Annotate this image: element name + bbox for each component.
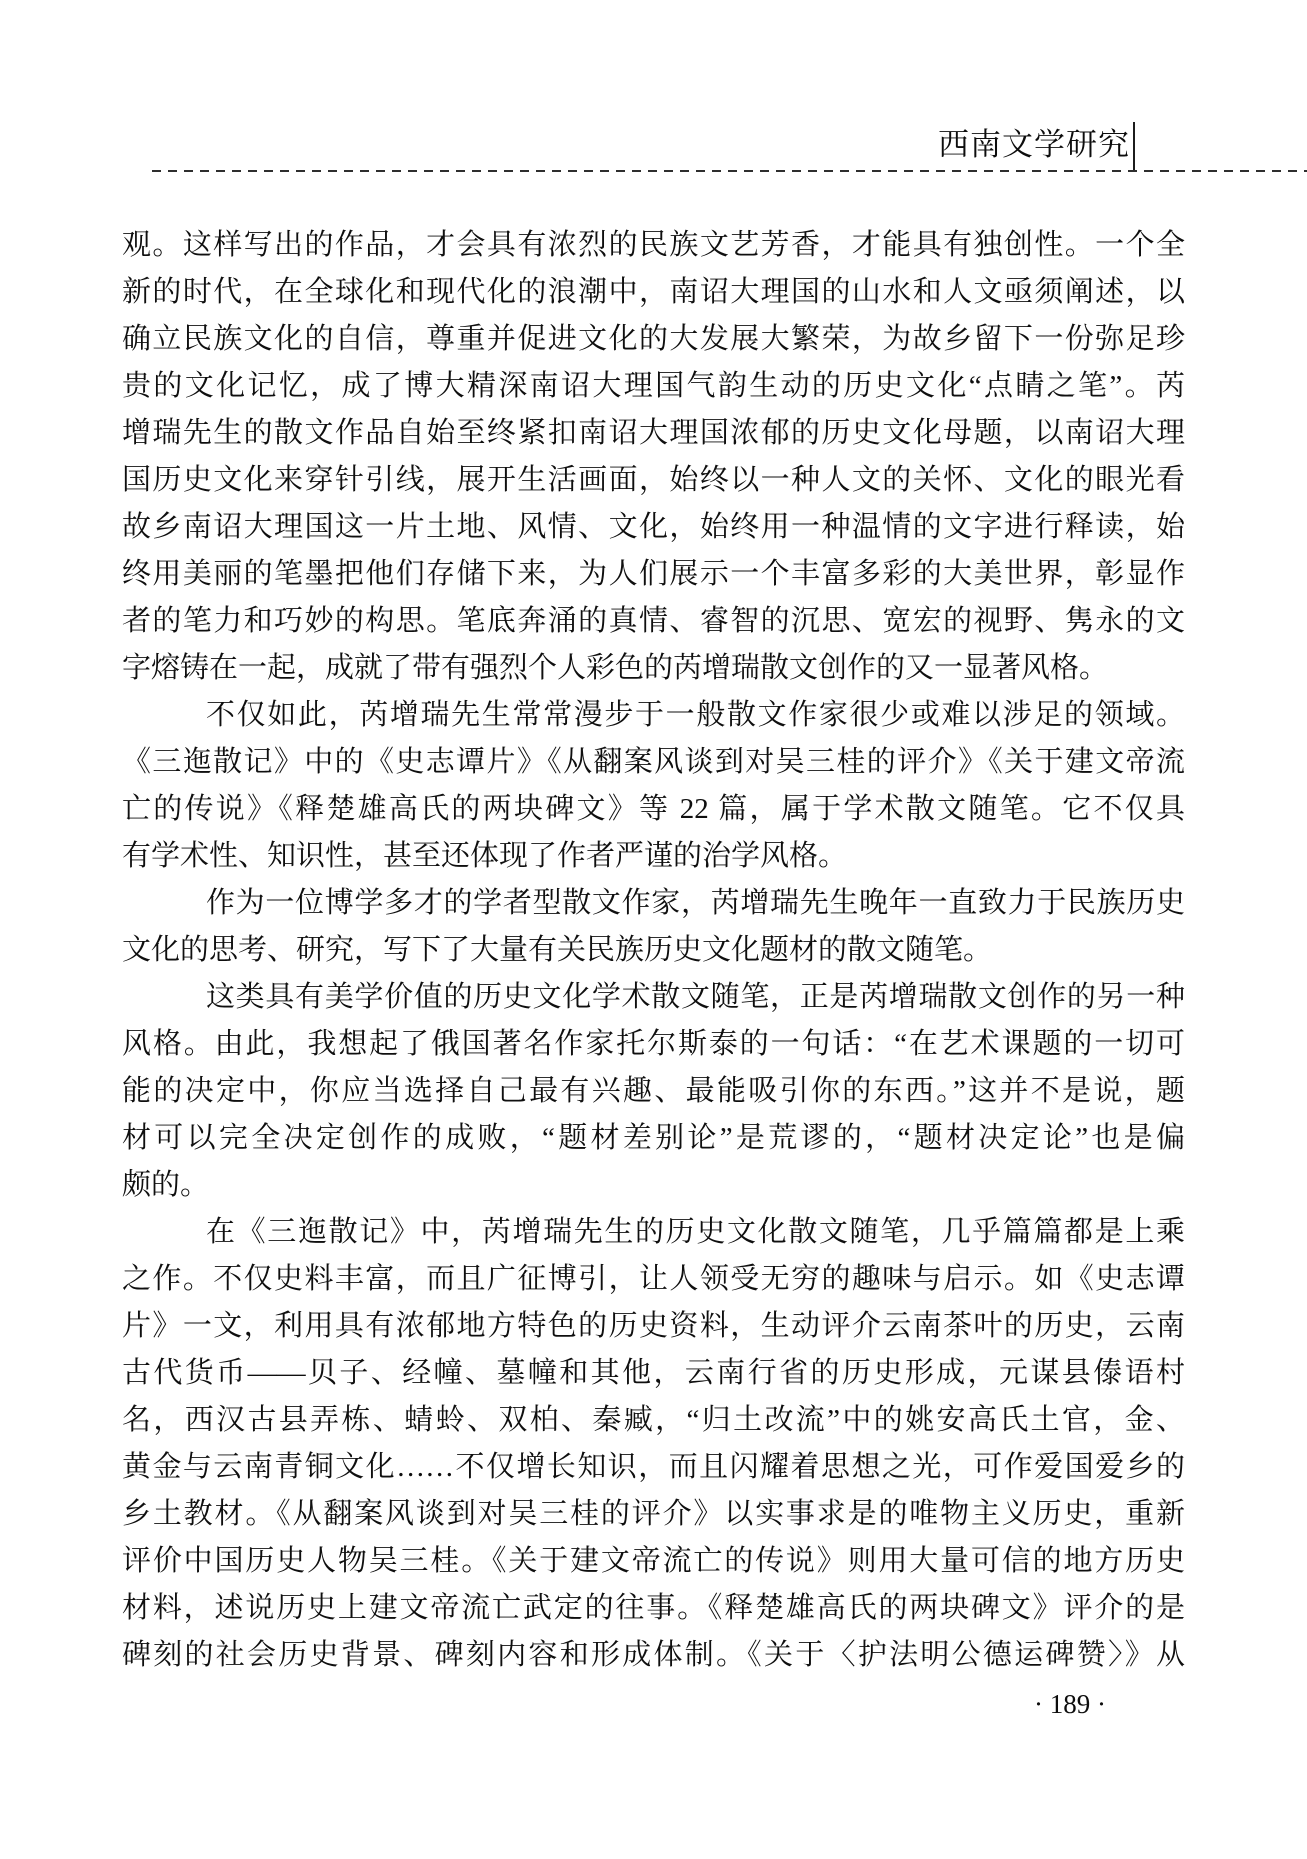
text-line: 字熔铸在一起，成就了带有强烈个人彩色的芮增瑞散文创作的又一显著风格。 — [122, 645, 1185, 692]
paragraph-3: 作为一位博学多才的学者型散文作家，芮增瑞先生晚年一直致力于民族历史 文化的思考、… — [122, 880, 1185, 974]
text-line: 颇的。 — [122, 1162, 1185, 1209]
book-page: 西南文学研究 观。这样写出的作品，才会具有浓烈的民族文艺芳香，才能具有独创性。一… — [0, 0, 1307, 1859]
text-line: 之作。不仅史料丰富，而且广征博引，让人领受无穷的趣味与启示。如《史志谭 — [122, 1256, 1185, 1303]
text-line: 片》一文，利用具有浓郁地方特色的历史资料，生动评介云南茶叶的历史，云南 — [122, 1303, 1185, 1350]
text-line: 新的时代，在全球化和现代化的浪潮中，南诏大理国的山水和人文亟须阐述，以 — [122, 269, 1185, 316]
text-line: 确立民族文化的自信，尊重并促进文化的大发展大繁荣，为故乡留下一份弥足珍 — [122, 316, 1185, 363]
text-line: 评价中国历史人物吴三桂。《关于建文帝流亡的传说》则用大量可信的地方历史 — [122, 1538, 1185, 1585]
paragraph-1: 观。这样写出的作品，才会具有浓烈的民族文艺芳香，才能具有独创性。一个全 新的时代… — [122, 222, 1185, 692]
text-line: 名，西汉古县弄栋、蜻蛉、双柏、秦臧，“归土改流”中的姚安高氏土官，金、 — [122, 1397, 1185, 1444]
body-text: 观。这样写出的作品，才会具有浓烈的民族文艺芳香，才能具有独创性。一个全 新的时代… — [122, 222, 1185, 1679]
paragraph-2: 不仅如此，芮增瑞先生常常漫步于一般散文作家很少或难以涉足的领域。 《三迤散记》中… — [122, 692, 1185, 880]
text-line: 国历史文化来穿针引线，展开生活画面，始终以一种人文的关怀、文化的眼光看 — [122, 457, 1185, 504]
text-line: 风格。由此，我想起了俄国著名作家托尔斯泰的一句话：“在艺术课题的一切可 — [122, 1021, 1185, 1068]
paragraph-5: 在《三迤散记》中，芮增瑞先生的历史文化散文随笔，几乎篇篇都是上乘 之作。不仅史料… — [122, 1209, 1185, 1679]
text-line: 故乡南诏大理国这一片土地、风情、文化，始终用一种温情的文字进行释读，始 — [122, 504, 1185, 551]
text-line: 不仅如此，芮增瑞先生常常漫步于一般散文作家很少或难以涉足的领域。 — [122, 692, 1185, 739]
header-dashed-rule — [152, 170, 1307, 172]
text-line: 贵的文化记忆，成了博大精深南诏大理国气韵生动的历史文化“点睛之笔”。芮 — [122, 363, 1185, 410]
text-line: 《三迤散记》中的《史志谭片》《从翻案风谈到对吴三桂的评介》《关于建文帝流 — [122, 739, 1185, 786]
text-line: 者的笔力和巧妙的构思。笔底奔涌的真情、睿智的沉思、宽宏的视野、隽永的文 — [122, 598, 1185, 645]
text-line: 亡的传说》《释楚雄高氏的两块碑文》等 22 篇，属于学术散文随笔。它不仅具 — [122, 786, 1185, 833]
text-line: 观。这样写出的作品，才会具有浓烈的民族文艺芳香，才能具有独创性。一个全 — [122, 222, 1185, 269]
text-line: 碑刻的社会历史背景、碑刻内容和形成体制。《关于〈护法明公德运碑赞〉》从 — [122, 1632, 1185, 1679]
text-line: 有学术性、知识性，甚至还体现了作者严谨的治学风格。 — [122, 833, 1185, 880]
text-line: 黄金与云南青铜文化……不仅增长知识，而且闪耀着思想之光，可作爱国爱乡的 — [122, 1444, 1185, 1491]
text-line: 在《三迤散记》中，芮增瑞先生的历史文化散文随笔，几乎篇篇都是上乘 — [122, 1209, 1185, 1256]
text-line: 能的决定中，你应当选择自己最有兴趣、最能吸引你的东西。”这并不是说，题 — [122, 1068, 1185, 1115]
paragraph-4: 这类具有美学价值的历史文化学术散文随笔，正是芮增瑞散文创作的另一种 风格。由此，… — [122, 974, 1185, 1209]
journal-title: 西南文学研究 — [938, 124, 1130, 166]
text-line: 材可以完全决定创作的成败，“题材差别论”是荒谬的，“题材决定论”也是偏 — [122, 1115, 1185, 1162]
text-line: 这类具有美学价值的历史文化学术散文随笔，正是芮增瑞散文创作的另一种 — [122, 974, 1185, 1021]
text-line: 古代货币——贝子、经幢、墓幢和其他，云南行省的历史形成，元谋县傣语村 — [122, 1350, 1185, 1397]
page-number: · 189 · — [998, 1688, 1142, 1720]
text-line: 文化的思考、研究，写下了大量有关民族历史文化题材的散文随笔。 — [122, 927, 1185, 974]
text-line: 终用美丽的笔墨把他们存储下来，为人们展示一个丰富多彩的大美世界，彰显作 — [122, 551, 1185, 598]
text-line: 乡土教材。《从翻案风谈到对吴三桂的评介》以实事求是的唯物主义历史，重新 — [122, 1491, 1185, 1538]
header-vertical-rule — [1133, 122, 1135, 170]
text-line: 增瑞先生的散文作品自始至终紧扣南诏大理国浓郁的历史文化母题，以南诏大理 — [122, 410, 1185, 457]
text-line: 材料，述说历史上建文帝流亡武定的往事。《释楚雄高氏的两块碑文》评介的是 — [122, 1585, 1185, 1632]
text-line: 作为一位博学多才的学者型散文作家，芮增瑞先生晚年一直致力于民族历史 — [122, 880, 1185, 927]
